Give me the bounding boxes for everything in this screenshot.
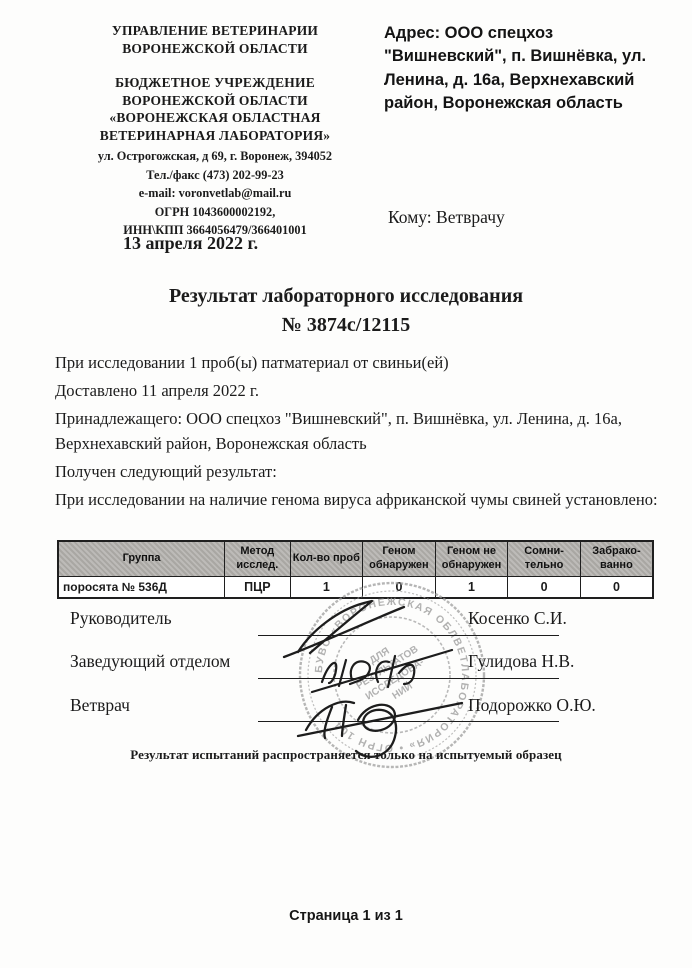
signature-role: Заведующий отделом [70, 651, 230, 672]
column-header-sample-count: Кол-во проб [290, 541, 363, 576]
column-header-group: Группа [58, 541, 225, 576]
paragraph-result-intro: Получен следующий результат: [55, 459, 661, 484]
signature-name: Гулидова Н.В. [468, 651, 574, 672]
signature-name: Подорожко О.Ю. [468, 695, 596, 716]
document-page: УПРАВЛЕНИЕ ВЕТЕРИНАРИИ ВОРОНЕЖСКОЙ ОБЛАС… [0, 0, 692, 968]
recipient-address: Адрес: ООО спецхоз "Вишневский", п. Вишн… [384, 22, 652, 116]
org2-line4: ВЕТЕРИНАРНАЯ ЛАБОРАТОРИЯ» [52, 127, 378, 145]
org2-line1: БЮДЖЕТНОЕ УЧРЕЖДЕНИЕ [52, 74, 378, 92]
body-text: При исследовании 1 проб(ы) патматериал о… [55, 350, 661, 515]
paragraph-delivered: Доставлено 11 апреля 2022 г. [55, 378, 661, 403]
signature-line [258, 678, 559, 679]
org-name-laboratory: БЮДЖЕТНОЕ УЧРЕЖДЕНИЕ ВОРОНЕЖСКОЙ ОБЛАСТИ… [52, 74, 378, 144]
org-address-line: ул. Острогожская, д 69, г. Воронеж, 3940… [52, 147, 378, 165]
org2-line3: «ВОРОНЕЖСКАЯ ОБЛАСТНАЯ [52, 109, 378, 127]
cell-group: поросята № 536Д [58, 576, 225, 598]
signature-role: Руководитель [70, 608, 172, 629]
table-header-row: Группа Метод исслед. Кол-во проб Геном о… [58, 541, 653, 576]
page-number: Страница 1 из 1 [0, 908, 692, 924]
column-header-genome-not-detected: Геном не обнаружен [435, 541, 508, 576]
signature-line [258, 635, 559, 636]
signature-line [258, 721, 559, 722]
letterhead-left: УПРАВЛЕНИЕ ВЕТЕРИНАРИИ ВОРОНЕЖСКОЙ ОБЛАС… [52, 22, 378, 239]
paragraph-test-description: При исследовании на наличие генома вирус… [55, 487, 661, 512]
org1-line2: ВОРОНЕЖСКОЙ ОБЛАСТИ [52, 40, 378, 58]
column-header-method: Метод исслед. [225, 541, 290, 576]
document-date: 13 апреля 2022 г. [123, 233, 258, 254]
signature-name: Косенко С.И. [468, 608, 567, 629]
org-ogrn-line: ОГРН 1043600002192, [52, 203, 378, 221]
org-email-line: e-mail: voronvetlab@mail.ru [52, 184, 378, 202]
signature-role: Ветврач [70, 695, 130, 716]
org-contacts: ул. Острогожская, д 69, г. Воронеж, 3940… [52, 147, 378, 239]
title-line: Результат лабораторного исследования [0, 282, 692, 311]
org-phone-line: Тел./факс (473) 202-99-23 [52, 166, 378, 184]
org-name-authority: УПРАВЛЕНИЕ ВЕТЕРИНАРИИ ВОРОНЕЖСКОЙ ОБЛАС… [52, 22, 378, 57]
org1-line1: УПРАВЛЕНИЕ ВЕТЕРИНАРИИ [52, 22, 378, 40]
paragraph-samples: При исследовании 1 проб(ы) патматериал о… [55, 350, 661, 375]
recipient-name: Кому: Ветврачу [388, 207, 505, 228]
disclaimer-text: Результат испытаний распространяется тол… [0, 747, 692, 763]
column-header-genome-detected: Геном обнаружен [363, 541, 436, 576]
org2-line2: ВОРОНЕЖСКОЙ ОБЛАСТИ [52, 92, 378, 110]
column-header-doubtful: Сомни­тельно [508, 541, 581, 576]
document-title: Результат лабораторного исследования № 3… [0, 282, 692, 340]
paragraph-owner: Принадлежащего: ООО спецхоз "Вишневский"… [55, 406, 661, 456]
stamp-circles: БУВО «ВОРОНЕЖСКАЯ ОБЛВЕТЛАБОРАТОРИЯ» • О… [300, 583, 484, 767]
column-header-rejected: Забрако­ванно [580, 541, 653, 576]
round-stamp: БУВО «ВОРОНЕЖСКАЯ ОБЛВЕТЛАБОРАТОРИЯ» • О… [240, 572, 590, 772]
document-number: № 3874с/12115 [0, 311, 692, 340]
cell-rejected: 0 [580, 576, 653, 598]
